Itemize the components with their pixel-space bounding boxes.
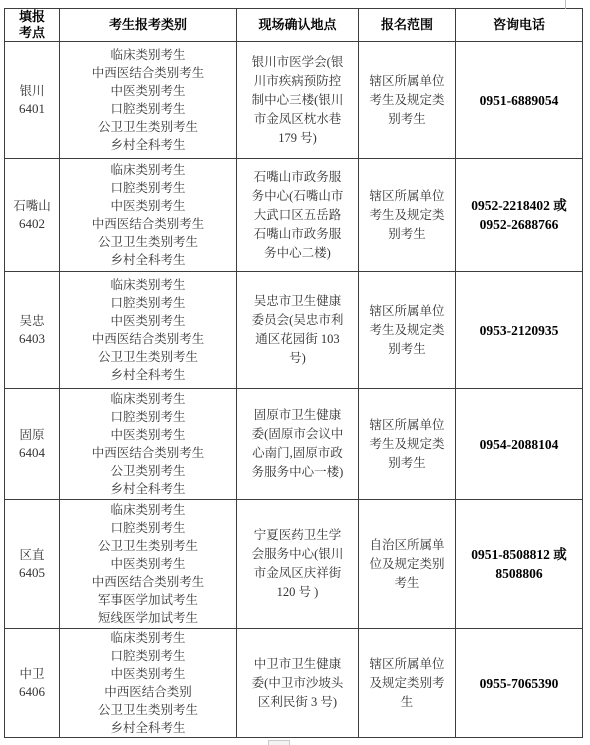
category-line: 中医类别考生 <box>60 665 236 683</box>
category-line: 短线医学加试考生 <box>60 609 236 627</box>
site-code: 6401 <box>5 100 59 118</box>
category-line: 公卫卫生类别考生 <box>60 701 236 719</box>
categories-cell: 临床类别考生 口腔类别考生 中医类别考生 中西医结合类别 公卫卫生类别考生 乡村… <box>60 629 237 738</box>
site-cell: 银川 6401 <box>5 42 60 159</box>
category-line: 口腔类别考生 <box>60 647 236 665</box>
scope-cell: 自治区所属单位及规定类别考生 <box>359 500 456 629</box>
column-header-site: 填报考点 <box>5 9 60 42</box>
site-cell: 区直 6405 <box>5 500 60 629</box>
phone-number: 0951-6889054 <box>456 91 582 110</box>
category-line: 临床类别考生 <box>60 161 236 179</box>
table-row: 固原 6404 临床类别考生 口腔类别考生 中医类别考生 中西医结合类别考生 公… <box>5 389 583 500</box>
site-name: 石嘴山 <box>5 197 59 215</box>
location-cell: 银川市医学会(银川市疾病预防控制中心三楼(银川市金凤区枕水巷 179 号) <box>237 42 359 159</box>
site-name: 吴忠 <box>5 312 59 330</box>
phone-number: 0952-2688766 <box>456 215 582 234</box>
category-line: 乡村全科考生 <box>60 136 236 154</box>
scope-cell: 辖区所属单位及规定类别考生 <box>359 629 456 738</box>
categories-cell: 临床类别考生 口腔类别考生 中医类别考生 中西医结合类别考生 公卫卫生类别考生 … <box>60 272 237 389</box>
table-row: 吴忠 6403 临床类别考生 口腔类别考生 中医类别考生 中西医结合类别考生 公… <box>5 272 583 389</box>
category-line: 临床类别考生 <box>60 46 236 64</box>
categories-cell: 临床类别考生 中西医结合类别考生 中医类别考生 口腔类别考生 公卫卫生类别考生 … <box>60 42 237 159</box>
category-line: 口腔类别考生 <box>60 294 236 312</box>
site-name: 区直 <box>5 546 59 564</box>
category-line: 口腔类别考生 <box>60 179 236 197</box>
scope-cell: 辖区所属单位考生及规定类别考生 <box>359 389 456 500</box>
category-line: 中医类别考生 <box>60 555 236 573</box>
phone-cell: 0953-2120935 <box>456 272 583 389</box>
site-cell: 固原 6404 <box>5 389 60 500</box>
category-line: 公卫卫生类别考生 <box>60 118 236 136</box>
registration-sites-table: 填报考点 考生报考类别 现场确认地点 报名范围 咨询电话 银川 6401 临床类… <box>4 8 583 738</box>
phone-cell: 0951-6889054 <box>456 42 583 159</box>
phone-cell: 0955-7065390 <box>456 629 583 738</box>
page-gridline-artifact <box>268 740 290 745</box>
table-row: 区直 6405 临床类别考生 口腔类别考生 公卫卫生类别考生 中医类别考生 中西… <box>5 500 583 629</box>
site-cell: 吴忠 6403 <box>5 272 60 389</box>
categories-cell: 临床类别考生 口腔类别考生 中医类别考生 中西医结合类别考生 公卫卫生类别考生 … <box>60 159 237 272</box>
category-line: 乡村全科考生 <box>60 480 236 498</box>
category-line: 中西医结合类别考生 <box>60 573 236 591</box>
category-line: 临床类别考生 <box>60 501 236 519</box>
category-line: 口腔类别考生 <box>60 100 236 118</box>
phone-number: 0955-7065390 <box>456 674 582 693</box>
category-line: 乡村全科考生 <box>60 251 236 269</box>
category-line: 口腔类别考生 <box>60 519 236 537</box>
category-line: 中西医结合类别考生 <box>60 215 236 233</box>
phone-number: 8508806 <box>456 564 582 583</box>
phone-number: 0954-2088104 <box>456 435 582 454</box>
category-line: 中西医结合类别考生 <box>60 330 236 348</box>
site-name: 中卫 <box>5 665 59 683</box>
category-line: 乡村全科考生 <box>60 366 236 384</box>
phone-cell: 0952-2218402 或 0952-2688766 <box>456 159 583 272</box>
categories-cell: 临床类别考生 口腔类别考生 公卫卫生类别考生 中医类别考生 中西医结合类别考生 … <box>60 500 237 629</box>
site-code: 6403 <box>5 330 59 348</box>
category-line: 口腔类别考生 <box>60 408 236 426</box>
category-line: 公卫卫生类别考生 <box>60 233 236 251</box>
column-header-phone: 咨询电话 <box>456 9 583 42</box>
category-line: 公卫卫生类别考生 <box>60 348 236 366</box>
column-header-scope: 报名范围 <box>359 9 456 42</box>
table-row: 石嘴山 6402 临床类别考生 口腔类别考生 中医类别考生 中西医结合类别考生 … <box>5 159 583 272</box>
category-line: 临床类别考生 <box>60 390 236 408</box>
category-line: 临床类别考生 <box>60 276 236 294</box>
location-cell: 中卫市卫生健康委(中卫市沙坡头区利民街 3 号) <box>237 629 359 738</box>
category-line: 中医类别考生 <box>60 82 236 100</box>
scope-cell: 辖区所属单位考生及规定类别考生 <box>359 272 456 389</box>
phone-number: 0951-8508812 或 <box>456 545 582 564</box>
phone-cell: 0951-8508812 或 8508806 <box>456 500 583 629</box>
site-code: 6406 <box>5 683 59 701</box>
header-row: 填报考点 考生报考类别 现场确认地点 报名范围 咨询电话 <box>5 9 583 42</box>
site-cell: 中卫 6406 <box>5 629 60 738</box>
site-cell: 石嘴山 6402 <box>5 159 60 272</box>
location-cell: 固原市卫生健康委(固原市会议中心南门,固原市政务服务中心一楼) <box>237 389 359 500</box>
category-line: 公卫类别考生 <box>60 462 236 480</box>
phone-cell: 0954-2088104 <box>456 389 583 500</box>
site-name: 银川 <box>5 82 59 100</box>
category-line: 中西医结合类别考生 <box>60 64 236 82</box>
column-header-location: 现场确认地点 <box>237 9 359 42</box>
scope-cell: 辖区所属单位考生及规定类别考生 <box>359 159 456 272</box>
category-line: 中西医结合类别考生 <box>60 444 236 462</box>
table-row: 中卫 6406 临床类别考生 口腔类别考生 中医类别考生 中西医结合类别 公卫卫… <box>5 629 583 738</box>
categories-cell: 临床类别考生 口腔类别考生 中医类别考生 中西医结合类别考生 公卫类别考生 乡村… <box>60 389 237 500</box>
table-row: 银川 6401 临床类别考生 中西医结合类别考生 中医类别考生 口腔类别考生 公… <box>5 42 583 159</box>
category-line: 中西医结合类别 <box>60 683 236 701</box>
site-code: 6402 <box>5 215 59 233</box>
phone-number: 0953-2120935 <box>456 321 582 340</box>
column-header-categories: 考生报考类别 <box>60 9 237 42</box>
scope-cell: 辖区所属单位考生及规定类别考生 <box>359 42 456 159</box>
category-line: 中医类别考生 <box>60 426 236 444</box>
location-cell: 石嘴山市政务服务中心(石嘴山市大武口区五岳路石嘴山市政务服务中心二楼) <box>237 159 359 272</box>
category-line: 公卫卫生类别考生 <box>60 537 236 555</box>
site-name: 固原 <box>5 426 59 444</box>
location-cell: 吴忠市卫生健康委员会(吴忠市利通区花园街 103 号) <box>237 272 359 389</box>
location-cell: 宁夏医药卫生学会服务中心(银川市金凤区庆祥街 120 号 ) <box>237 500 359 629</box>
category-line: 军事医学加试考生 <box>60 591 236 609</box>
category-line: 中医类别考生 <box>60 312 236 330</box>
page-gridline-artifact <box>565 0 566 9</box>
site-code: 6404 <box>5 444 59 462</box>
category-line: 临床类别考生 <box>60 629 236 647</box>
phone-number: 0952-2218402 或 <box>456 196 582 215</box>
category-line: 乡村全科考生 <box>60 719 236 737</box>
site-code: 6405 <box>5 564 59 582</box>
category-line: 中医类别考生 <box>60 197 236 215</box>
